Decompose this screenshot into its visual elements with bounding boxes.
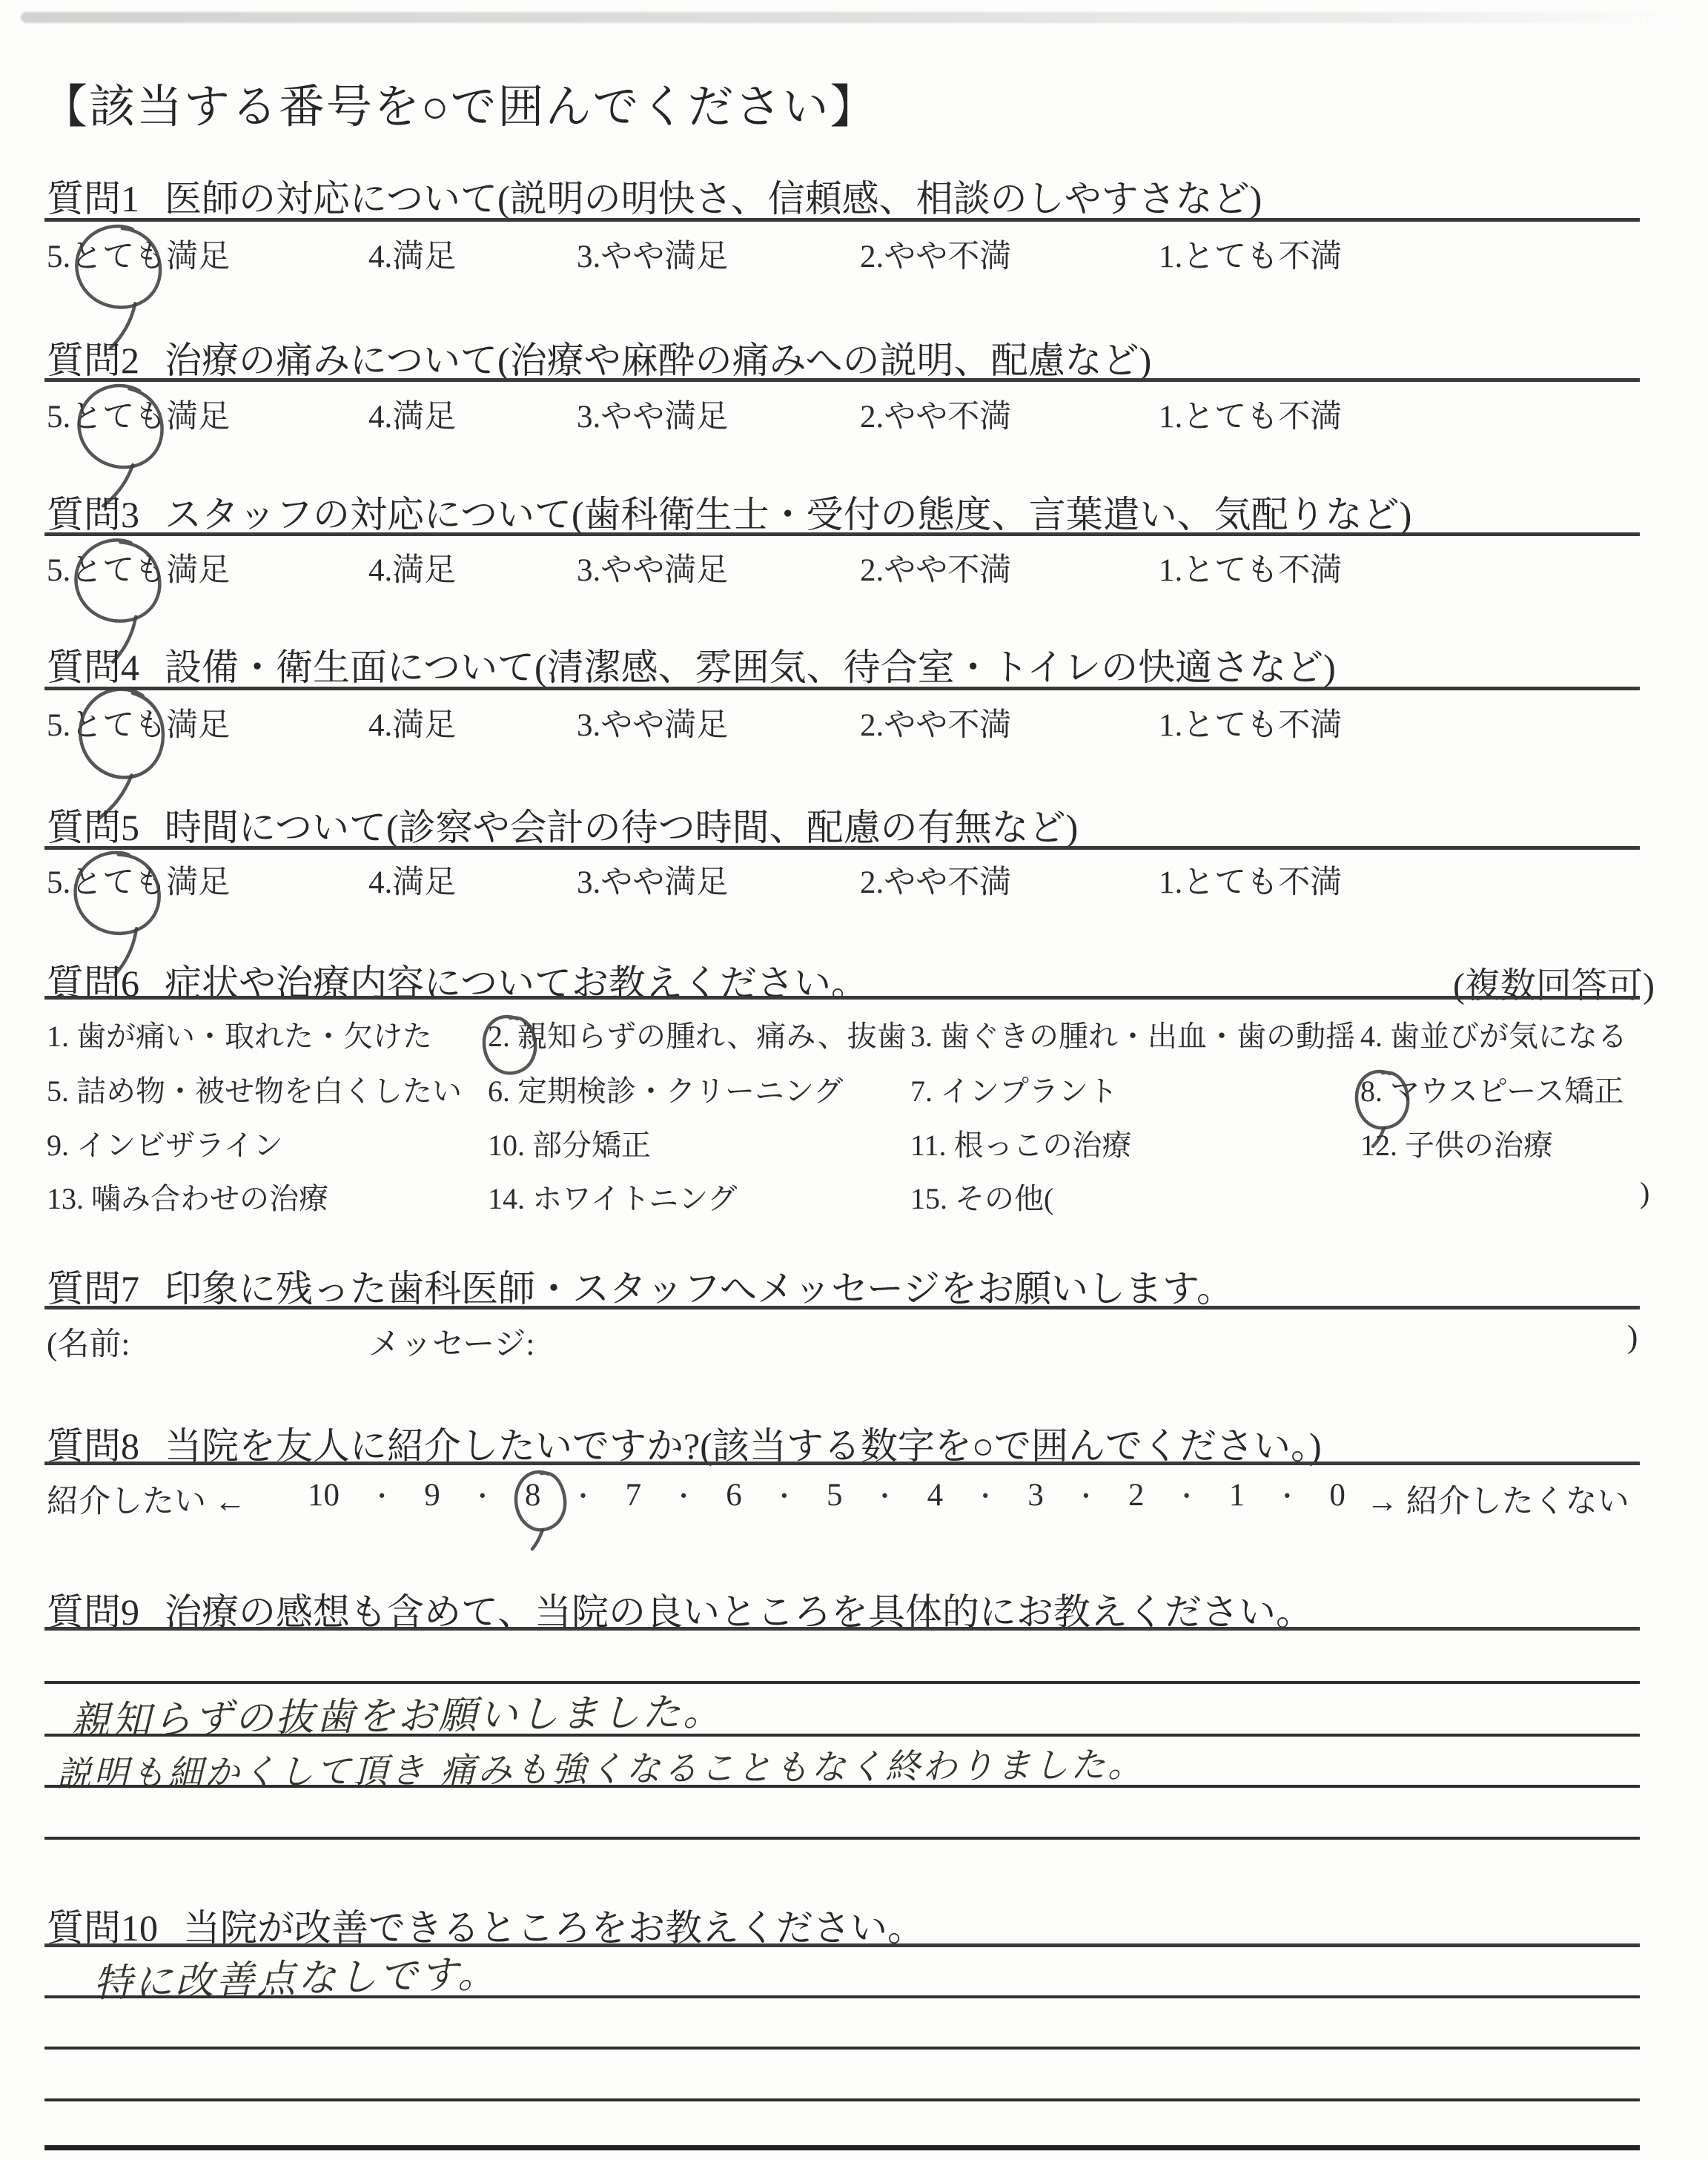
question-2-title: 治療の痛みについて(治療や麻酔の痛みへの説明、配慮など)	[165, 340, 1151, 381]
question-1-option-3: 3.やや満足	[577, 231, 728, 277]
q6-item-5: 5.詰め物・被せ物を白くしたい	[47, 1068, 462, 1110]
q9-answer-line	[44, 1785, 1640, 1788]
q6-item-10-label: 部分矯正	[532, 1129, 651, 1162]
q8-scale-7: 7	[626, 1477, 642, 1513]
question-5-option-4: 4.満足	[368, 857, 456, 902]
question-8-title: 当院を友人に紹介したいですか?(該当する数字を○で囲んでください。)	[165, 1425, 1322, 1467]
q8-nps-scale: 10 ・ 9 ・ 8 ・ 7 ・ 6 ・ 5 ・ 4 ・ 3 ・ 2 ・	[308, 1476, 1345, 1513]
question-2-option-2: 2.やや不満	[860, 392, 1011, 437]
question-5-option-2: 2.やや不満	[860, 857, 1011, 902]
option-label: 5.とても満足	[47, 865, 230, 900]
q8-scale-9: 9	[424, 1477, 440, 1513]
question-2-divider	[44, 378, 1640, 382]
question-2-heading: 質問2治療の痛みについて(治療や麻酔の痛みへの説明、配慮など)	[47, 331, 1151, 384]
q6-item-7: 7.インプラント	[910, 1068, 1118, 1110]
question-1-option-5: 5.とても満足	[47, 231, 230, 277]
q8-scale-1: 1	[1229, 1477, 1245, 1513]
question-8-number: 質問8	[47, 1425, 139, 1467]
question-3-heading: 質問3スタッフの対応について(歯科衛生士・受付の態度、言葉遣い、気配りなど)	[47, 485, 1411, 538]
question-3-option-4: 4.満足	[368, 545, 456, 590]
question-4-option-4: 4.満足	[368, 700, 456, 745]
survey-scan-page: 【該当する番号を○で囲んでください】 質問1医師の対応について(説明の明快さ、信…	[0, 0, 1708, 2160]
q6-item-3-label: 歯ぐきの腫れ・出血・歯の動揺	[940, 1020, 1355, 1053]
q8-scale-3: 3	[1027, 1477, 1044, 1513]
q6-item-3: 3.歯ぐきの腫れ・出血・歯の動揺	[910, 1013, 1355, 1055]
dot-separator: ・	[772, 1476, 797, 1513]
q6-item-12-number: 12.	[1360, 1128, 1397, 1163]
q6-item-3-number: 3.	[910, 1019, 933, 1054]
q6-item-5-number: 5.	[47, 1074, 69, 1109]
question-9-divider	[44, 1627, 1640, 1631]
question-4-option-5-label-wrap: 5.とても満足	[47, 700, 230, 745]
q6-item-12-label: 子供の治療	[1405, 1129, 1553, 1162]
q6-item-13-label: 噛み合わせの治療	[91, 1182, 328, 1215]
q6-item-2-number-text: 2.	[488, 1020, 510, 1053]
option-label: 5.とても満足	[47, 553, 230, 588]
q7-message-label: メッセージ:	[368, 1319, 534, 1364]
question-3-divider	[44, 532, 1640, 536]
option-label: 5.とても満足	[47, 400, 230, 435]
question-1-option-2: 2.やや不満	[860, 231, 1011, 277]
q6-item-15-label: その他(	[955, 1182, 1053, 1215]
q6-item-14-number: 14.	[488, 1181, 525, 1216]
question-4-heading: 質問4設備・衛生面について(清潔感、雰囲気、待合室・トイレの快適さなど)	[47, 638, 1336, 691]
q8-scale-10: 10	[308, 1477, 340, 1513]
option-label: 5.とても満足	[47, 708, 230, 743]
question-4-title: 設備・衛生面について(清潔感、雰囲気、待合室・トイレの快適さなど)	[165, 647, 1336, 688]
question-5-heading: 質問5時間について(診察や会計の待つ時間、配慮の有無など)	[47, 798, 1078, 851]
q6-item-2-label: 親知らずの腫れ、痛み、抜歯	[517, 1020, 907, 1053]
q9-answer-line	[44, 1734, 1640, 1737]
question-5-title: 時間について(診察や会計の待つ時間、配慮の有無など)	[165, 807, 1078, 848]
question-2-number: 質問2	[47, 340, 139, 381]
q6-item-11: 11.根っこの治療	[910, 1122, 1132, 1164]
question-1-option-5-label-wrap: 5.とても満足	[47, 231, 230, 277]
question-7-title: 印象に残った歯科医師・スタッフへメッセージをお願いします。	[165, 1268, 1234, 1309]
q6-item-9: 9.インビザライン	[47, 1122, 283, 1164]
question-3-number: 質問3	[47, 494, 139, 535]
question-5-option-5-label-wrap: 5.とても満足	[47, 857, 230, 902]
question-2-option-3: 3.やや満足	[577, 392, 728, 437]
q6-item-4: 4.歯並びが気になる	[1360, 1013, 1627, 1055]
q6-item-1-number: 1.	[47, 1019, 69, 1054]
question-2-option-4: 4.満足	[368, 392, 456, 437]
question-1-number: 質問1	[47, 178, 139, 219]
dot-separator: ・	[1073, 1476, 1099, 1513]
q6-item-7-number: 7.	[910, 1074, 933, 1109]
question-1-title: 医師の対応について(説明の明快さ、信頼感、相談のしやすさなど)	[165, 178, 1262, 219]
question-3-option-5: 5.とても満足	[47, 545, 230, 590]
dot-separator: ・	[470, 1476, 495, 1513]
q8-scale-0: 0	[1329, 1477, 1345, 1513]
question-3-option-3: 3.やや満足	[577, 545, 728, 590]
q6-item-9-number: 9.	[47, 1128, 69, 1163]
q6-item-7-label: インプラント	[940, 1074, 1118, 1108]
q6-item-4-number: 4.	[1360, 1019, 1383, 1054]
q8-scale-4: 4	[927, 1477, 944, 1513]
question-3-option-2: 2.やや不満	[860, 545, 1011, 590]
question-8-divider	[44, 1462, 1640, 1465]
question-1-heading: 質問1医師の対応について(説明の明快さ、信頼感、相談のしやすさなど)	[47, 169, 1262, 222]
question-5-number: 質問5	[47, 807, 139, 848]
q8-scale-5: 5	[827, 1477, 843, 1513]
q8-scale-6: 6	[726, 1477, 742, 1513]
q7-name-label: (名前:	[47, 1319, 130, 1364]
question-4-option-2: 2.やや不満	[860, 700, 1011, 745]
q6-item-6-number: 6.	[488, 1074, 510, 1109]
q6-item-9-label: インビザライン	[76, 1129, 283, 1162]
q6-item-13-number: 13.	[47, 1181, 84, 1216]
scan-artifact-band	[21, 12, 1698, 23]
q6-item-11-number: 11.	[910, 1128, 947, 1163]
question-2-option-5: 5.とても満足	[47, 392, 230, 437]
q9-answer-line	[44, 1837, 1640, 1840]
q6-item-8: 8. マウスピース矯正	[1360, 1068, 1623, 1110]
question-5-divider	[44, 846, 1640, 850]
dot-separator: ・	[369, 1476, 394, 1513]
dot-separator: ・	[973, 1476, 998, 1513]
question-5-option-3: 3.やや満足	[577, 857, 728, 902]
question-4-option-5: 5.とても満足	[47, 700, 230, 745]
q8-scale-8-text: 8	[525, 1478, 541, 1513]
q6-item-8-label: マウスピース矯正	[1390, 1074, 1623, 1108]
question-7-number: 質問7	[47, 1268, 139, 1309]
q6-item-14-label: ホワイトニング	[532, 1182, 737, 1215]
question-7-divider	[44, 1306, 1640, 1309]
question-3-option-1: 1.とても不満	[1159, 545, 1342, 590]
dot-separator: ・	[1174, 1476, 1199, 1513]
dot-separator: ・	[873, 1476, 898, 1513]
q6-item-8-number: 8.	[1360, 1074, 1383, 1109]
q6-item-12: 12.子供の治療	[1360, 1122, 1553, 1164]
question-5-option-1: 1.とても不満	[1159, 857, 1342, 902]
handwritten-selection-circle-icon	[510, 1465, 572, 1551]
q6-item-15-number: 15.	[910, 1181, 947, 1216]
q9-answer-line	[44, 1681, 1640, 1684]
q6-item-4-label: 歯並びが気になる	[1390, 1020, 1627, 1053]
question-3-option-5-label-wrap: 5.とても満足	[47, 545, 230, 590]
q8-scale-2: 2	[1128, 1477, 1145, 1513]
q6-item-15-close-paren: )	[1640, 1175, 1649, 1210]
question-4-option-3: 3.やや満足	[577, 700, 728, 745]
q10-answer-line	[44, 2047, 1640, 2050]
question-1-option-4: 4.満足	[368, 231, 456, 277]
question-1-divider	[44, 218, 1640, 222]
q6-item-6: 6.定期検診・クリーニング	[488, 1068, 843, 1110]
question-1-option-1: 1.とても不満	[1159, 231, 1342, 277]
q7-close-paren: )	[1627, 1319, 1638, 1355]
question-5-option-5: 5.とても満足	[47, 857, 230, 902]
dot-separator: ・	[671, 1476, 696, 1513]
q8-not-recommend-label: → 紹介したくない	[1366, 1476, 1629, 1522]
q6-item-10: 10.部分矯正	[488, 1122, 651, 1164]
q8-recommend-label: 紹介したい ←	[47, 1476, 246, 1522]
q10-answer-line	[44, 2098, 1640, 2101]
q6-item-2-number: 2.	[488, 1019, 510, 1054]
q10-answer-line-bottom	[44, 2145, 1640, 2150]
question-10-divider	[44, 1943, 1640, 1947]
question-4-divider	[44, 687, 1640, 690]
question-10-title: 当院が改善できるところをお教えください。	[183, 1907, 924, 1949]
q8-scale-8: 8	[525, 1477, 541, 1513]
q6-item-5-label: 詰め物・被せ物を白くしたい	[76, 1074, 462, 1108]
dot-separator: ・	[570, 1476, 595, 1513]
dot-separator: ・	[1274, 1476, 1300, 1513]
q10-answer-line	[44, 1995, 1640, 1998]
q6-item-10-number: 10.	[488, 1128, 525, 1163]
q6-item-1-label: 歯が痛い・取れた・欠けた	[76, 1020, 432, 1053]
question-3-title: スタッフの対応について(歯科衛生士・受付の態度、言葉遣い、気配りなど)	[165, 494, 1411, 535]
q6-item-14: 14.ホワイトニング	[488, 1175, 737, 1218]
q6-item-6-label: 定期検診・クリーニング	[517, 1074, 843, 1108]
q6-item-13: 13.噛み合わせの治療	[47, 1175, 328, 1218]
question-2-option-5-label-wrap: 5.とても満足	[47, 392, 230, 437]
question-2-option-1: 1.とても不満	[1159, 392, 1342, 437]
page-title: 【該当する番号を○で囲んでください】	[42, 70, 877, 136]
question-4-number: 質問4	[47, 647, 139, 688]
question-6-multiple-answers-note: (複数回答可)	[1453, 957, 1655, 1008]
question-6-divider	[44, 996, 1640, 1000]
question-4-option-1: 1.とても不満	[1159, 700, 1342, 745]
q6-item-8-number-text: 8.	[1360, 1074, 1383, 1108]
option-label: 5.とても満足	[47, 240, 230, 274]
q6-item-11-label: 根っこの治療	[954, 1129, 1132, 1162]
question-10-number: 質問10	[47, 1907, 158, 1949]
q6-item-2: 2. 親知らずの腫れ、痛み、抜歯	[488, 1013, 907, 1055]
question-7-heading: 質問7印象に残った歯科医師・スタッフへメッセージをお願いします。	[47, 1259, 1234, 1312]
q6-item-15: 15.その他(	[910, 1175, 1053, 1218]
q6-item-1: 1.歯が痛い・取れた・欠けた	[47, 1013, 432, 1055]
